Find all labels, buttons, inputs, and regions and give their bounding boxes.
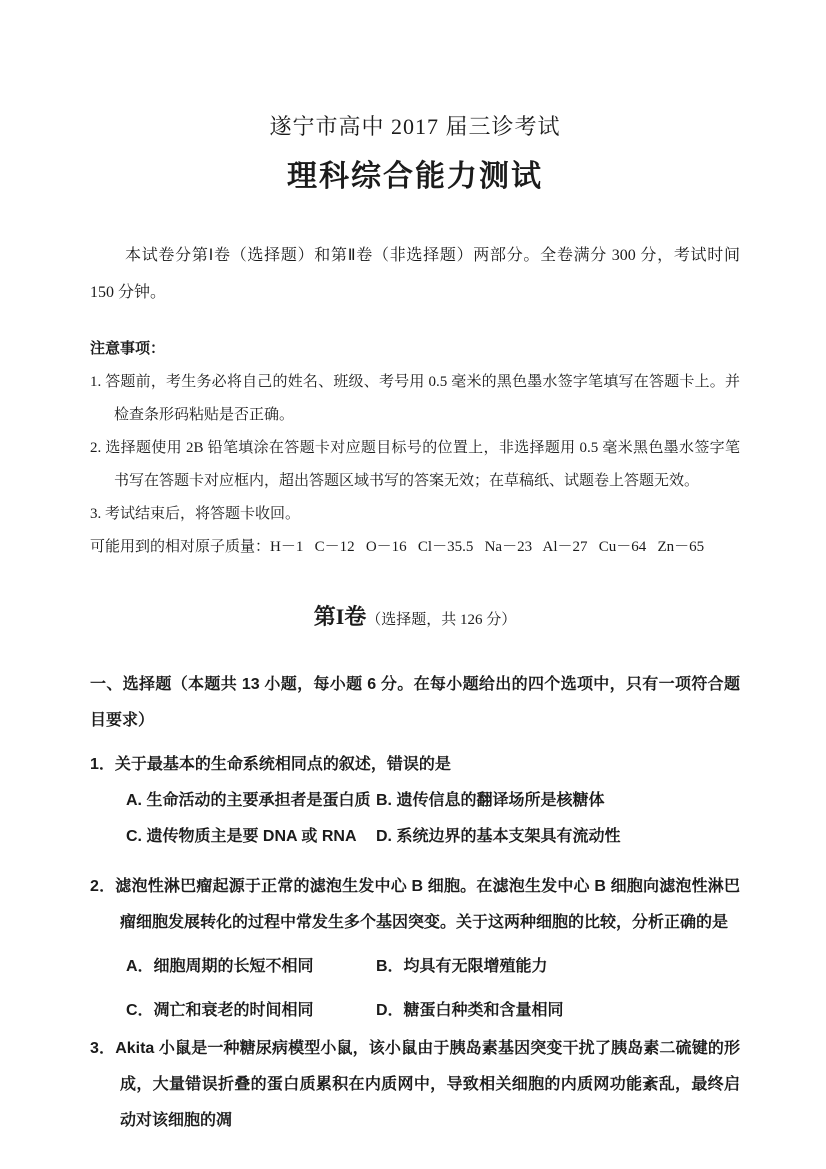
notice-heading: 注意事项： bbox=[90, 333, 740, 366]
exam-subject-title: 理科综合能力测试 bbox=[90, 157, 740, 197]
notice-item-1: 1. 答题前，考生务必将自己的姓名、班级、考号用 0.5 毫米的黑色墨水签字笔填… bbox=[90, 366, 740, 432]
question-2-option-a: A．细胞周期的长短不相同 bbox=[126, 949, 376, 985]
exam-intro-paragraph: 本试卷分第Ⅰ卷（选择题）和第Ⅱ卷（非选择题）两部分。全卷满分 300 分，考试时… bbox=[90, 237, 740, 311]
question-2: 2．滤泡性淋巴瘤起源于正常的滤泡生发中心 B 细胞。在滤泡生发中心 B 细胞向滤… bbox=[90, 869, 740, 1029]
question-3-stem: 3．Akita 小鼠是一种糖尿病模型小鼠，该小鼠由于胰岛素基因突变干扰了胰岛素二… bbox=[90, 1031, 740, 1139]
question-1-options-row-1: A. 生命活动的主要承担者是蛋白质 B. 遗传信息的翻译场所是核糖体 bbox=[90, 783, 740, 819]
question-3: 3．Akita 小鼠是一种糖尿病模型小鼠，该小鼠由于胰岛素基因突变干扰了胰岛素二… bbox=[90, 1031, 740, 1139]
notice-item-3: 3. 考试结束后，将答题卡收回。 bbox=[90, 498, 740, 531]
question-2-option-b: B．均具有无限增殖能力 bbox=[376, 949, 740, 985]
question-2-option-c: C．凋亡和衰老的时间相同 bbox=[126, 993, 376, 1029]
exam-session-title: 遂宁市高中 2017 届三诊考试 bbox=[90, 113, 740, 141]
question-1-option-a: A. 生命活动的主要承担者是蛋白质 bbox=[126, 783, 376, 819]
question-1-options-row-2: C. 遗传物质主是要 DNA 或 RNA D. 系统边界的基本支架具有流动性 bbox=[90, 819, 740, 855]
part1-heading-main: 第I卷 bbox=[314, 604, 367, 629]
atomic-mass-line: 可能用到的相对原子质量：H－1 C－12 O－16 Cl－35.5 Na－23 … bbox=[90, 531, 740, 564]
exam-paper-page: 遂宁市高中 2017 届三诊考试 理科综合能力测试 本试卷分第Ⅰ卷（选择题）和第… bbox=[0, 0, 826, 1169]
question-1-option-c: C. 遗传物质主是要 DNA 或 RNA bbox=[126, 819, 376, 855]
question-1-option-d: D. 系统边界的基本支架具有流动性 bbox=[376, 819, 740, 855]
section1-instruction: 一、选择题（本题共 13 小题，每小题 6 分。在每小题给出的四个选项中，只有一… bbox=[90, 667, 740, 739]
question-2-options-row-1: A．细胞周期的长短不相同 B．均具有无限增殖能力 bbox=[90, 949, 740, 985]
question-2-options-row-2: C．凋亡和衰老的时间相同 D．糖蛋白种类和含量相同 bbox=[90, 993, 740, 1029]
question-1-option-b: B. 遗传信息的翻译场所是核糖体 bbox=[376, 783, 740, 819]
part1-heading: 第I卷（选择题，共 126 分） bbox=[90, 600, 740, 637]
notice-item-2: 2. 选择题使用 2B 铅笔填涂在答题卡对应题目标号的位置上，非选择题用 0.5… bbox=[90, 432, 740, 498]
part1-heading-sub: （选择题，共 126 分） bbox=[366, 612, 516, 628]
question-2-stem: 2．滤泡性淋巴瘤起源于正常的滤泡生发中心 B 细胞。在滤泡生发中心 B 细胞向滤… bbox=[90, 869, 740, 941]
question-1: 1．关于最基本的生命系统相同点的叙述，错误的是 A. 生命活动的主要承担者是蛋白… bbox=[90, 747, 740, 855]
question-1-stem: 1．关于最基本的生命系统相同点的叙述，错误的是 bbox=[90, 747, 740, 783]
question-2-option-d: D．糖蛋白种类和含量相同 bbox=[376, 993, 740, 1029]
notice-section: 注意事项： 1. 答题前，考生务必将自己的姓名、班级、考号用 0.5 毫米的黑色… bbox=[90, 333, 740, 564]
